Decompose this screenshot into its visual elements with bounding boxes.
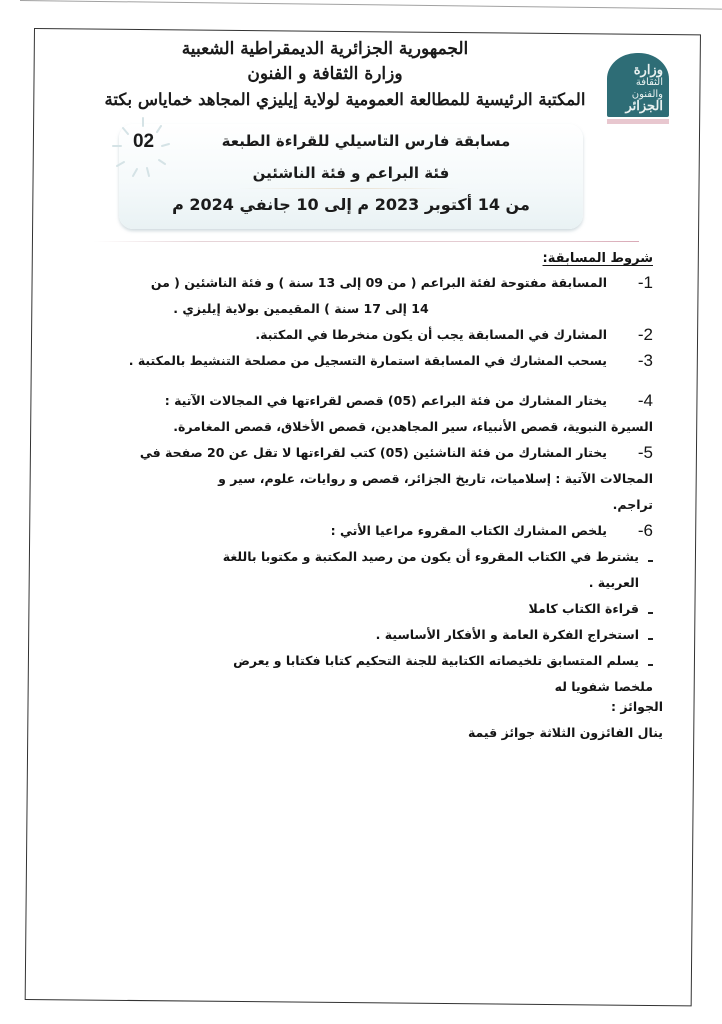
item-text: المسابقة مفتوحة لفئة البراعم ( من 09 إلى… xyxy=(65,270,607,296)
item-text: المشارك في المسابقة يجب أن يكون منخرطا ف… xyxy=(65,322,607,348)
item-number: -2 xyxy=(638,322,653,348)
conditions-section: شروط المسابقة: -1 المسابقة مفتوحة لفئة ا… xyxy=(65,251,653,700)
condition-item-3: -3 يسحب المشارك في المسابقة استمارة التس… xyxy=(65,348,653,374)
ministry-logo-icon: وزارة الثقافة والفنون الجزائر xyxy=(607,53,669,129)
sub-item-text: يشترط في الكتاب المقروء أن يكون من رصيد … xyxy=(65,544,639,570)
header-republic: الجمهورية الجزائرية الديمقراطية الشعبية xyxy=(95,37,595,62)
summary-rule-1: يشترط في الكتاب المقروء أن يكون من رصيد … xyxy=(65,544,653,596)
competition-dates: من 14 أكتوبر 2023 م إلى 10 جانفي 2024 م xyxy=(119,195,583,214)
summary-rule-2: قراءة الكتاب كاملا xyxy=(65,596,653,622)
item-text: يسحب المشارك في المسابقة استمارة التسجيل… xyxy=(65,348,607,374)
item-text-cont-2: تراجم. xyxy=(65,492,653,518)
page-frame: الجمهورية الجزائرية الديمقراطية الشعبية … xyxy=(25,28,701,1006)
summary-rule-4: يسلم المتسابق تلخيصاته الكتابية للجنة ال… xyxy=(65,648,653,700)
prizes-section: الجوائز : ينال الفائزون الثلاثة جوائز قي… xyxy=(335,694,663,746)
item-number: -1 xyxy=(638,270,653,296)
competition-name: مسابقة فارس التاسيلي للقراءة الطبعة xyxy=(119,132,583,150)
item-text-cont: المجالات الآتية : إسلاميات، تاريخ الجزائ… xyxy=(65,466,653,492)
logo-text-2: الثقافة xyxy=(611,77,663,89)
sub-item-text: يسلم المتسابق تلخيصاته الكتابية للجنة ال… xyxy=(65,648,639,674)
logo-strip xyxy=(607,119,669,124)
section-divider xyxy=(93,241,639,242)
item-text: يختار المشارك من فئة البراعم (05) قصص لق… xyxy=(65,388,607,414)
header-library: المكتبة الرئيسية للمطالعة العمومية لولاي… xyxy=(95,87,595,112)
item-number: -3 xyxy=(638,348,653,374)
competition-title-box: 02 مسابقة فارس التاسيلي للقراءة الطبعة ف… xyxy=(119,124,583,229)
header-ministry: وزارة الثقافة و الفنون xyxy=(95,62,595,87)
item-number: -5 xyxy=(638,440,653,466)
conditions-title: شروط المسابقة: xyxy=(65,251,653,266)
competition-categories: فئة البراعم و فئة الناشئين xyxy=(119,164,583,182)
condition-item-1: -1 المسابقة مفتوحة لفئة البراعم ( من 09 … xyxy=(65,270,653,322)
prizes-title: الجوائز : xyxy=(335,694,663,720)
logo-text-1: وزارة xyxy=(611,65,663,77)
logo-text-4: الجزائر xyxy=(611,101,663,113)
condition-item-2: -2 المشارك في المسابقة يجب أن يكون منخرط… xyxy=(65,322,653,348)
sub-item-text: استخراج الفكرة العامة و الأفكار الأساسية… xyxy=(65,622,639,648)
condition-item-6: -6 يلخص المشارك الكتاب المقروء مراعيا ال… xyxy=(65,518,653,544)
title-divider xyxy=(239,188,459,189)
condition-item-5: -5 يختار المشارك من فئة الناشئين (05) كت… xyxy=(65,440,653,518)
item-text-cont: 14 إلى 17 سنة ) المقيمين بولاية إيليزي . xyxy=(65,296,607,322)
item-number: -4 xyxy=(638,388,653,414)
sub-item-text-cont: العربية . xyxy=(65,570,639,596)
item-text-cont: السيرة النبوية، قصص الأنبياء، سير المجاه… xyxy=(65,414,653,440)
summary-rule-3: استخراج الفكرة العامة و الأفكار الأساسية… xyxy=(65,622,653,648)
logo-arch: وزارة الثقافة والفنون الجزائر xyxy=(607,53,669,117)
item-text: يختار المشارك من فئة الناشئين (05) كتب ل… xyxy=(65,440,607,466)
prizes-text: ينال الفائزون الثلاثة جوائز قيمة xyxy=(335,720,663,746)
condition-item-4: -4 يختار المشارك من فئة البراعم (05) قصص… xyxy=(65,388,653,440)
document-header: الجمهورية الجزائرية الديمقراطية الشعبية … xyxy=(95,37,595,112)
item-text: يلخص المشارك الكتاب المقروء مراعيا الأتي… xyxy=(65,518,607,544)
item-number: -6 xyxy=(638,518,653,544)
sub-item-text: قراءة الكتاب كاملا xyxy=(65,596,639,622)
scan-edge-top xyxy=(20,0,722,11)
